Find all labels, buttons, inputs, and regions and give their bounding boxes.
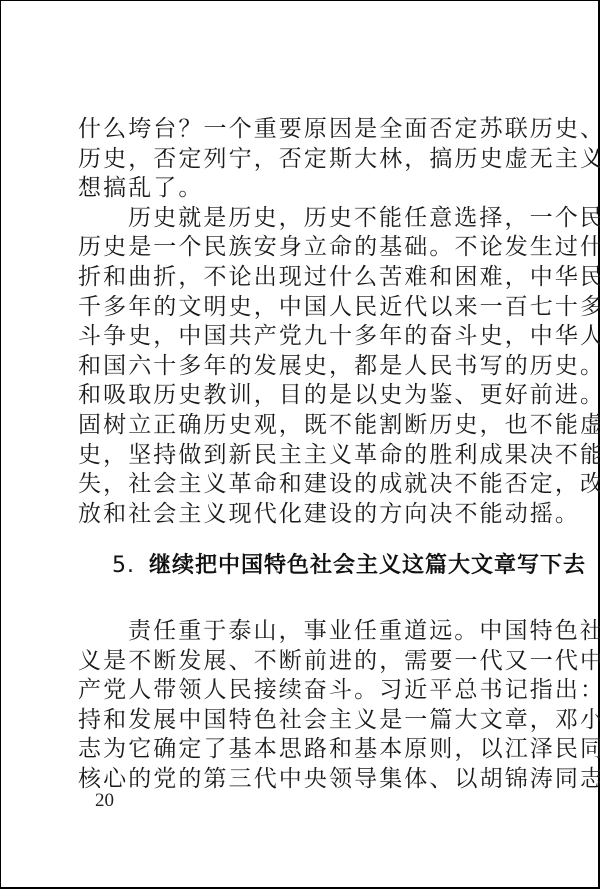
text-line: 折和曲折，不论出现过什么苦难和困难，中华民族五 — [78, 263, 506, 293]
section-number: 5. — [112, 553, 135, 578]
text-line: 千多年的文明史，中国人民近代以来一百七十多年的 — [78, 293, 506, 323]
page-number: 20 — [95, 790, 114, 812]
text-line: 斗争史，中国共产党九十多年的奋斗史，中华人民共 — [78, 322, 506, 352]
text-line: 义是不断发展、不断前进的，需要一代又一代中国共 — [78, 647, 506, 677]
previous-section-text: 什么垮台？一个重要原因是全面否定苏联历史、苏共 历史，否定列宁，否定斯大林，搞历… — [78, 115, 506, 529]
text-line: 失，社会主义革命和建设的成就决不能否定，改革开 — [78, 470, 506, 500]
text-line: 和国六十多年的发展史，都是人民书写的历史。总结 — [78, 352, 506, 382]
section-heading: 5.继续把中国特色社会主义这篇大文章写下去 — [112, 552, 586, 580]
paragraph-first-line: 历史就是历史，历史不能任意选择，一个民族的 — [78, 204, 506, 234]
text-line: 和吸取历史教训，目的是以史为鉴、更好前进。要牢 — [78, 381, 506, 411]
section-title: 继续把中国特色社会主义这篇大文章写下去 — [149, 553, 586, 578]
text-line: 持和发展中国特色社会主义是一篇大文章，邓小平同 — [78, 706, 506, 736]
text-line: 固树立正确历史观，既不能割断历史，也不能虚无历 — [78, 411, 506, 441]
text-line: 放和社会主义现代化建设的方向决不能动摇。 — [78, 500, 506, 530]
text-line: 核心的党的第三代中央领导集体、以胡锦涛同志为总 — [78, 765, 506, 795]
text-line: 志为它确定了基本思路和基本原则，以江泽民同志为 — [78, 735, 506, 765]
section-5-text: 责任重于泰山，事业任重道远。中国特色社会主 义是不断发展、不断前进的，需要一代又… — [78, 617, 506, 795]
text-line: 历史，否定列宁，否定斯大林，搞历史虚无主义，思 — [78, 145, 506, 175]
text-line: 什么垮台？一个重要原因是全面否定苏联历史、苏共 — [78, 115, 506, 145]
paragraph-first-line: 责任重于泰山，事业任重道远。中国特色社会主 — [78, 617, 506, 647]
text-line: 产党人带领人民接续奋斗。习近平总书记指出：“坚 — [78, 676, 506, 706]
text-line: 历史是一个民族安身立命的基础。不论发生过什么波 — [78, 233, 506, 263]
text-line: 想搞乱了。 — [78, 174, 506, 204]
text-line: 史，坚持做到新民主主义革命的胜利成果决不能丢 — [78, 441, 506, 471]
